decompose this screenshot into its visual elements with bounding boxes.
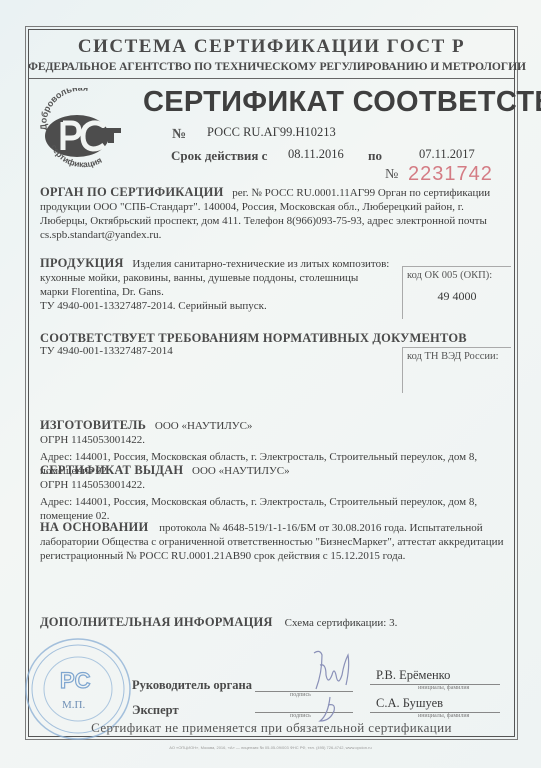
head-name: Р.В. Ерёменко <box>376 668 450 683</box>
valid-to-label: по <box>368 148 382 164</box>
product-heading: ПРОДУКЦИЯ <box>40 256 124 270</box>
product-line-2: кухонные мойки, раковины, ванны, душевые… <box>40 272 358 284</box>
handwritten-signature-icon <box>300 645 360 725</box>
certification-body-heading: ОРГАН ПО СЕРТИФИКАЦИИ <box>40 185 224 199</box>
additional-info-section: ДОПОЛНИТЕЛЬНАЯ ИНФОРМАЦИЯ Схема сертифик… <box>40 613 397 631</box>
issued-to-address: Адрес: 144001, Россия, Московская област… <box>40 495 510 523</box>
blank-serial-number: 2231742 <box>408 163 493 186</box>
okp-code-value: 49 4000 <box>403 289 511 304</box>
head-name-caption: инициалы, фамилия <box>418 685 469 691</box>
expert-label: Эксперт <box>132 703 179 718</box>
tnved-code-label: код ТН ВЭД России: <box>407 351 499 362</box>
product-line-3: марки Florentina, Dr. Gans. <box>40 286 164 298</box>
product-line-1: Изделия санитарно-технические из литых к… <box>132 258 389 270</box>
stamp-mp-text: М.П. <box>62 699 85 711</box>
basis-section: НА ОСНОВАНИИ протокола № 4648-519/1-1-16… <box>40 520 510 563</box>
product-section: ПРОДУКЦИЯ Изделия санитарно-технические … <box>40 256 390 313</box>
expert-name-caption: инициалы, фамилия <box>418 713 469 719</box>
additional-info-text: Схема сертификации: 3. <box>285 617 398 629</box>
printer-footer: АО «ОПЦИОН», Москва, 2016, «А» — лицензи… <box>0 745 541 750</box>
issued-to-section: СЕРТИФИКАТ ВЫДАН ООО «НАУТИЛУС» ОГРН 114… <box>40 463 510 523</box>
agency-name: ФЕДЕРАЛЬНОЕ АГЕНТСТВО ПО ТЕХНИЧЕСКОМУ РЕ… <box>28 60 515 73</box>
gost-r-logo-icon: Добровольная сертификация <box>33 88 128 173</box>
certificate-number: РОСС RU.АГ99.Н10213 <box>207 125 336 140</box>
issued-to-ogrn: ОГРН 1145053001422. <box>40 479 145 491</box>
manufacturer-heading: ИЗГОТОВИТЕЛЬ <box>40 418 146 432</box>
system-title: СИСТЕМА СЕРТИФИКАЦИИ ГОСТ Р <box>28 36 515 58</box>
blank-number-label: № <box>385 167 398 183</box>
certification-body-section: ОРГАН ПО СЕРТИФИКАЦИИ рег. № РОСС RU.000… <box>40 185 510 242</box>
expert-name: С.А. Бушуев <box>376 696 443 711</box>
basis-heading: НА ОСНОВАНИИ <box>40 520 148 534</box>
issued-to-heading: СЕРТИФИКАТ ВЫДАН <box>40 463 183 477</box>
header-divider <box>29 78 514 79</box>
additional-info-heading: ДОПОЛНИТЕЛЬНАЯ ИНФОРМАЦИЯ <box>40 615 273 629</box>
conformity-document: ТУ 4940-001-13327487-2014 <box>40 344 173 358</box>
manufacturer-ogrn: ОГРН 1145053001422. <box>40 434 145 446</box>
product-line-4: ТУ 4940-001-13327487-2014. Серийный выпу… <box>40 300 267 312</box>
not-mandatory-notice: Сертификат не применяется при обязательн… <box>28 720 515 736</box>
certificate-number-label: № <box>172 127 186 143</box>
issued-to-name: ООО «НАУТИЛУС» <box>192 465 290 477</box>
valid-from-date: 08.11.2016 <box>288 147 344 162</box>
svg-text:PC: PC <box>60 668 91 693</box>
validity-label: Срок действия с <box>171 148 267 164</box>
document-title: СЕРТИФИКАТ СООТВЕТСТВИЯ <box>143 86 541 119</box>
okp-code-box: код ОК 005 (ОКП): 49 4000 <box>402 266 511 319</box>
manufacturer-name: ООО «НАУТИЛУС» <box>155 420 253 432</box>
valid-to-date: 07.11.2017 <box>419 147 475 162</box>
tnved-code-box: код ТН ВЭД России: <box>402 347 511 393</box>
okp-code-label: код ОК 005 (ОКП): <box>407 270 492 281</box>
head-of-body-label: Руководитель органа <box>132 678 252 693</box>
